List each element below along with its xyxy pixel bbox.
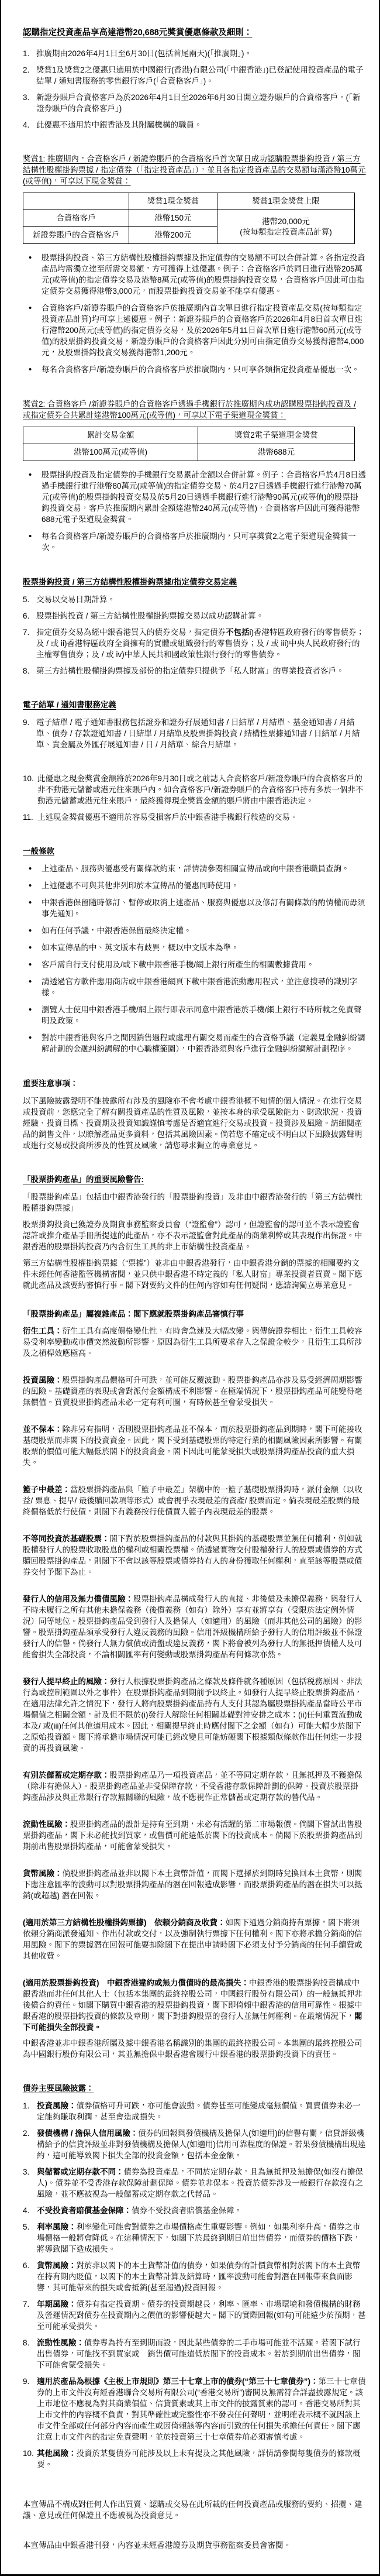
amount-header-cell: 累計交易金額 (23, 427, 198, 444)
term-number: 8. (23, 665, 36, 676)
reward1-bullet-list: 股票掛鈎投資、第三方結構性股權掛鈎票據及指定債券的交易額不可以合併計算。各指定投… (23, 252, 366, 375)
bullet-icon (29, 303, 42, 358)
bullet-text: 股票掛鈎投資、第三方結構性股權掛鈎票據及指定債券的交易額不可以合併計算。各指定投… (42, 252, 366, 297)
terms-document-page: 認購指定投資產品享高達港幣20,688元獎賞優惠條款及細則： 1. 推廣期由20… (0, 0, 380, 2576)
term-number: 11. (23, 812, 37, 823)
page-title: 認購指定投資產品享高達港幣20,688元獎賞優惠條款及細則： (23, 27, 366, 39)
risk-lead: 流動性風險： (37, 2338, 84, 2347)
term-item-8: 8. 第三方結構性股權掛鈎票據及部份的指定債券只提供予「私人財富」的專業投資者客… (23, 665, 366, 676)
bullet-icon (29, 959, 42, 970)
bond-risk-item-7: 7. 年期風險：債券有指定投資期。債券的投資期越長，利率、匯率、市場環境和發債機… (23, 2299, 366, 2332)
list-item: 每名合資格客戶/新證券賬戶的合資格客戶於推廣期內，只可享獎賞2之電子渠道現金獎賞… (29, 531, 366, 553)
bond-risk-item-10: 10. 其他風險：投資於某隻債券可能涉及以上未有提及之其他風險，詳情請參閱每隻債… (23, 2448, 366, 2470)
risk-body: 債券價格可升可跌，亦可能會波動。債券甚至可能變成毫無價值。買賣債券未必一定能夠賺… (37, 2101, 361, 2121)
general-terms-heading: 一般條款 (23, 846, 366, 857)
term-number: 1. (23, 48, 36, 59)
term-number: 2. (23, 64, 36, 87)
term-text: 適用於產品為根據《主板上市規則》第三十七章上市的債券(“第三十七章債券”)：第三… (37, 2376, 366, 2443)
term-number: 5. (23, 594, 36, 605)
reward1-cash-header-cell: 獎賞1現金獎賞 (129, 193, 217, 210)
bullet-icon (29, 925, 42, 936)
bullet-icon (29, 942, 42, 953)
risk-body: 第三十七章債券的上市文件沒有經香港聯合交易所有限公司(“香港交易所”)審閱及無需… (37, 2377, 366, 2441)
term-text: 其他風險：投資於某隻債券可能涉及以上未有提及之其他風險，詳情請參閱每隻債券的條款… (37, 2448, 366, 2470)
list-item: 上述優惠不可與其他非列印於本宣傳品的優惠同時使用。 (29, 880, 366, 891)
amount-cell: 港幣100萬元(或等值) (23, 444, 198, 461)
term-text: 第三方結構性股權掛鈎票據及部份的指定債券只提供予「私人財富」的專業投資者客戶。 (36, 665, 366, 676)
elp-risk-warning-heading: 「股票掛鈎產品」的重要風險警告: (23, 1174, 366, 1185)
reward2-table: 累計交易金額 獎賞2電子渠道現金獎賞 港幣100萬元(或等值) 港幣688元 (23, 427, 355, 461)
bullet-text: 中銀香港保留隨時修訂、暫停或取消上述產品、服務與優惠以及修訂有關條款的酌情權而毋… (42, 897, 366, 919)
risk-lead: 其他風險： (37, 2449, 77, 2458)
disclaimer-issuer: 本宣傳品由中銀香港刊發，內容並未經香港證券及期貨事務監察委員會審閱。 (23, 2540, 366, 2551)
term-text: 貨幣風險：對於非以閣下的本土貨幣計值的債券，如果債券的計價貨幣相對於閣下的本土貨… (37, 2260, 366, 2293)
risk-liquidity: 流動性風險：股票掛鈎產品的設計是持有至到期，未必有活躍的第二市場報價。倘閣下嘗試… (23, 1819, 366, 1852)
term-text: 推廣期由2026年4月1日至6月30日(包括首尾兩天)(「推廣期」)。 (36, 48, 366, 59)
term-item-10: 10. 此優惠之現金獎賞金額將於2026年9月30日或之前誌入合資格客戶/新證券… (23, 773, 366, 806)
risk-body: 股票掛鈎產品構成發行人的直接、非後償及未擔保義務，與發行人不時未履行之所有其他未… (23, 1595, 362, 1659)
document-content: 認購指定投資產品享高達港幣20,688元獎賞優惠條款及細則： 1. 推廣期由20… (1, 0, 379, 2574)
risk-investment: 投資風險：股票掛鈎產品價格可升可跌，並可能反覆波動。股票掛鈎產品亦涉及易受經濟周… (23, 1375, 366, 1408)
bullet-icon (29, 1032, 42, 1055)
risk-lead: 發行人的信用及無力償債風險： (23, 1595, 133, 1603)
term-text: 獎賞1及獎賞2之優惠只適用於中國銀行(香港)有限公司(「中銀香港」)已登記使用投… (36, 64, 366, 87)
risk-lead: 年期風險： (37, 2300, 77, 2309)
risk-max-loss: (適用於股票掛鈎投資) 中銀香港違約或無力償債時的最高損失：中銀香港的股票掛鈎投… (23, 1977, 366, 2033)
term-text: 流動性風險：債券專為持有至到期而設，因此某些債券的二手市場可能並不活躍。若閣下試… (37, 2337, 366, 2371)
risk-lead: 並不保本： (23, 1425, 63, 1434)
elp-paragraph-2: 股票掛鈎投資已獲證券及期貨事務監察委員會（“證監會”）認可，但證監會的認可並不表… (23, 1219, 366, 1252)
disclaimer-no-offer: 本宣傳品不構成對任何人作出買賣、認購或交易在此所載的任何投資產品或服務的要約、招… (23, 2499, 366, 2521)
term-number: 10. (23, 773, 37, 806)
risk-body: 發行人根據股票掛鈎產品之條款及條件就各種原因（包括税務原因、非法行為或控制範圍以… (23, 1677, 362, 1753)
term-text: 發債機構 / 擔保人信用風險：債券的回報與發債機構及擔保人(如適用)的信譽有關，… (37, 2128, 366, 2161)
reward1-heading: 獎賞1: 推廣期內，合資格客戶 / 新證券賬戶的合資格客戶首次單日成功認購股票掛… (23, 153, 366, 187)
risk-lead: (適用於股票掛鈎投資) 中銀香港違約或無力償債時的最高損失： (23, 1979, 249, 1987)
bullet-icon (29, 531, 42, 553)
list-item: 合資格客戶/新證券賬戶的合資格客戶於推廣期內首次單日進行指定投資產品交易(按每類… (29, 303, 366, 358)
bullet-icon (29, 469, 42, 525)
term-text: 此優惠之現金獎賞金額將於2026年9月30日或之前誌入合資格客戶/新證券賬戶的合… (37, 773, 366, 806)
bond-risk-list: 1. 投資風險：債券價格可升可跌，亦可能會波動。債券甚至可能變成毫無價值。買賣債… (23, 2100, 366, 2470)
bullet-text: 客戶需自行支付使用及/或下載中銀香港手機/網上銀行所產生的相關數據費用。 (42, 959, 366, 970)
term-item-11: 11. 上述現金獎賞優惠不適用於容易受損客戶於中銀香港手機銀行敍造的交易。 (23, 812, 366, 823)
risk-body: 債券專為持有至到期而設，因此某些債券的二手市場可能並不活躍。若閣下試行出售債券，… (37, 2338, 361, 2369)
risk-currency: 貨幣風險：倘股票掛鈎產品並非以閣下本土貨幣計值，而閣下選擇於到期時兌換回本土貨幣… (23, 1868, 366, 1901)
eli-holding-company-note: 中銀香港並非中銀香港所屬及據中銀香港名稱識別的集團的最終控股公司。本集團的最終控… (23, 2038, 366, 2060)
term-text: 此優惠不適用於中銀香港及其附屬機構的職員。 (36, 119, 366, 130)
reward2-data-row: 港幣100萬元(或等值) 港幣688元 (23, 444, 355, 461)
list-item: 股票掛鈎投資、第三方結構性股權掛鈎票據及指定債券的交易額不可以合併計算。各指定投… (29, 252, 366, 297)
bullet-text: 每名合資格客戶/新證券賬戶的合資格客戶於推廣期內，只可享各類指定投資產品優惠一次… (42, 364, 366, 375)
risk-early-termination: 發行人提早終止的風險：發行人根據股票掛鈎產品之條款及條件就各種原因（包括税務原因… (23, 1676, 366, 1754)
risk-lead: 投資風險： (23, 1376, 63, 1385)
term-text: 交易以交易日期計算。 (36, 594, 366, 605)
term-text: 上述現金獎賞優惠不適用於容易受損客戶於中銀香港手機銀行敍造的交易。 (37, 812, 366, 823)
list-item: 上述產品、服務與優惠受有關條款約束，詳情請參閱相關宣傳品或向中銀香港職員查詢。 (29, 863, 366, 874)
term-number: 9. (23, 2376, 37, 2443)
term-text: 股票掛鈎投資 / 第三方結構性股權掛鈎票據交易以成功認購計算。 (36, 610, 366, 621)
risk-lead: 適用於產品為根據《主板上市規則》第三十七章上市的債券(“第三十七章債券”)： (37, 2377, 319, 2386)
term-item-5: 5. 交易以交易日期計算。 (23, 594, 366, 605)
term-item-9: 9. 電子結單 / 電子通知書服務包括證券和證券孖展通知書 / 日結單 / 月結… (23, 717, 366, 750)
risk-not-time-deposit: 有別於儲蓄或定期存款：股票掛鈎產品乃一項投資產品，並不等同定期存款，且無抵押及不… (23, 1770, 366, 1803)
bullet-icon (29, 880, 42, 891)
term-text: 電子結單 / 電子通知書服務包括證券和證券孖展通知書 / 日結單 / 月結單、基… (36, 717, 366, 750)
product-definition-heading: 股票掛鈎投資 / 第三方結構性股權掛鈎票據/指定債券交易定義 (23, 576, 366, 588)
risk-not-same-as-underlying: 不等同投資於基礎股票：閣下對於股票掛鈎產品的付款與其掛鈎的基礎股票並無任何權利，… (23, 1533, 366, 1578)
term-text-bold: 不包括 (226, 628, 250, 637)
risk-lead: 發債機構 / 擔保人信用風險： (37, 2129, 138, 2138)
risk-distributor-reliance: (適用於第三方結構性股權掛鈎票據) 依賴分銷商及收費：如閣下通過分銷商持有票據，… (23, 1917, 366, 1962)
bullet-text: 如有任何爭議，中銀香港保留最終決定權。 (42, 925, 366, 936)
intro-terms-list: 1. 推廣期由2026年4月1日至6月30日(包括首尾兩天)(「推廣期」)。 2… (23, 48, 366, 130)
risk-body: 倘股票掛鈎產品並非以閣下本土貨幣計值，而閣下選擇於到期時兌換回本土貨幣，則閣下應… (23, 1869, 362, 1900)
risk-body: 股票掛鈎產品的設計是持有至到期，未必有活躍的第二市場報價。倘閣下嘗試出售股票掛鈎… (23, 1820, 362, 1851)
term-number: 3. (23, 2166, 37, 2200)
risk-body: 除非另有指明，否則股票掛鈎產品並不保本，而於股票掛鈎產品到期時，閣下可能接收基礎… (23, 1425, 362, 1467)
bullet-text: 合資格客戶/新證券賬戶的合資格客戶於推廣期內首次單日進行指定投資產品交易(按每類… (42, 303, 366, 358)
term-text: 指定債券交易為經中銀香港買入的債券交易，指定債券不包括i)香港特區政府發行的零售… (36, 627, 366, 660)
bond-risk-item-4: 4. 不受投資者賠償基金保障：債券不受投資者賠償基金保障。 (23, 2205, 366, 2216)
bullet-icon (29, 897, 42, 919)
bond-risk-item-3: 3. 與儲蓄或定期存款不同：債券為投資產品，不同於定期存款，且為無抵押及無擔保(… (23, 2166, 366, 2200)
term-number: 10. (23, 2448, 37, 2470)
cash-reward-cell: 港幣150元 (129, 210, 217, 227)
risk-body: 利率變化可能會對債券之市場價格產生重要影響。例如，如果利率升高，債券之市場價格一… (37, 2223, 361, 2254)
term-text: 與儲蓄或定期存款不同：債券為投資產品，不同於定期存款，且為無抵押及無擔保(如沒有… (37, 2166, 366, 2200)
term-text: 利率風險：利率變化可能會對債券之市場價格產生重要影響。例如，如果利率升高，債券之… (37, 2221, 366, 2255)
term-number: 4. (23, 119, 36, 130)
risk-lead: 流動性風險： (23, 1820, 70, 1829)
reward1-cap-header-cell: 獎賞1現金獎賞上限 (217, 193, 355, 210)
general-terms-list: 上述產品、服務與優惠受有關條款約束，詳情請參閱相關宣傳品或向中銀香港職員查詢。 … (23, 863, 366, 1055)
term-text: 投資風險：債券價格可升可跌，亦可能會波動。債券甚至可能變成毫無價值。買賣債券未必… (37, 2100, 366, 2122)
risk-lead: 籃子中最差： (23, 1485, 70, 1494)
term-item-6: 6. 股票掛鈎投資 / 第三方結構性股權掛鈎票據交易以成功認購計算。 (23, 610, 366, 621)
reward2-table-header-row: 累計交易金額 獎賞2電子渠道現金獎賞 (23, 427, 355, 444)
risk-lead: 貨幣風險： (23, 1869, 63, 1878)
term-number: 8. (23, 2337, 37, 2371)
risk-worst-of-basket: 籃子中最差：當股票掛鈎產品與「籃子中最差」架構中的一籃子基礎股票掛鈎時，派付金額… (23, 1484, 366, 1517)
risk-lead: 利率風險： (37, 2223, 77, 2231)
term-number: 4. (23, 2205, 37, 2216)
risk-lead: 投資風險： (37, 2101, 77, 2110)
bond-risk-item-8: 8. 流動性風險：債券專為持有至到期而設，因此某些債券的二手市場可能並不活躍。若… (23, 2337, 366, 2371)
term-number: 7. (23, 627, 36, 660)
important-notes-heading: 重要注意事項： (23, 1078, 366, 1089)
customer-type-cell: 新證券賬戶的合資格客戶 (23, 227, 129, 244)
risk-body: 對於非以閣下的本土貨幣計值的債券，如果債券的計價貨幣相對於閣下的本土貨幣在持有期… (37, 2261, 361, 2292)
risk-lead: 不等同投資於基礎股票： (23, 1534, 110, 1543)
ereward-cell: 港幣688元 (198, 444, 355, 461)
risk-body: 當股票掛鈎產品與「籃子中最差」架構中的一籃子基礎股票掛鈎時，派付金額（以收益/ … (23, 1485, 362, 1516)
term-number: 5. (23, 2221, 37, 2255)
risk-lead: 不受投資者賠償基金保障： (37, 2206, 132, 2215)
term-item-3: 3. 新證券賬戶合資格客戶為於2026年4月1日至2026年6月30日開立證券賬… (23, 92, 366, 114)
list-item: 每名合資格客戶/新證券賬戶的合資格客戶於推廣期內，只可享各類指定投資產品優惠一次… (29, 364, 366, 375)
customer-type-cell: 合資格客戶 (23, 210, 129, 227)
term-item-7: 7. 指定債券交易為經中銀香港買入的債券交易，指定債券不包括i)香港特區政府發行… (23, 627, 366, 660)
term-text: 年期風險：債券有指定投資期。債券的投資期越長，利率、匯率、市場環境和發債機構的財… (37, 2299, 366, 2332)
risk-lead: 發行人提早終止的風險： (23, 1677, 110, 1686)
bond-risk-item-5: 5. 利率風險：利率變化可能會對債券之市場價格產生重要影響。例如，如果利率升高，… (23, 2221, 366, 2255)
list-item: 股票掛鈎投資及指定債券的手機銀行交易累計金額以合併計算。例子：合資格客戶於4月8… (29, 469, 366, 525)
term-text: 不受投資者賠償基金保障：債券不受投資者賠償基金保障。 (37, 2205, 366, 2216)
bond-risk-item-1: 1. 投資風險：債券價格可升可跌，亦可能會波動。債券甚至可能變成毫無價值。買賣債… (23, 2100, 366, 2122)
estatement-definition-heading: 電子結單 / 通知書服務定義 (23, 699, 366, 710)
cash-reward-cell: 港幣200元 (129, 227, 217, 244)
risk-lead: (適用於第三方結構性股權掛鈎票據) 依賴分銷商及收費： (23, 1918, 226, 1927)
term-number: 6. (23, 610, 36, 621)
bond-risk-item-9: 9. 適用於產品為根據《主板上市規則》第三十七章上市的債券(“第三十七章債券”)… (23, 2376, 366, 2443)
elp-paragraph-3: 第三方結構性股權掛鈎票據（“票據”）並非由中銀香港發行，由中銀香港分銷的票據的相… (23, 1258, 366, 1291)
risk-lead: 衍生工具： (23, 1327, 63, 1335)
bullet-text: 股票掛鈎投資及指定債券的手機銀行交易累計金額以合併計算。例子：合資格客戶於4月8… (42, 469, 366, 525)
bullet-text: 瀏覽人士使用中銀香港手機/網上銀行即表示同意中銀香港於手機/網上銀行不時所載之免… (42, 1004, 366, 1026)
bullet-icon (29, 1004, 42, 1026)
term-number: 9. (23, 717, 36, 750)
risk-lead: 與儲蓄或定期存款不同： (37, 2168, 124, 2176)
bond-risk-item-6: 6. 貨幣風險：對於非以閣下的本土貨幣計值的債券，如果債券的計價貨幣相對於閣下的… (23, 2260, 366, 2293)
list-item: 瀏覽人士使用中銀香港手機/網上銀行即表示同意中銀香港於手機/網上銀行不時所載之免… (29, 1004, 366, 1026)
bullet-text: 如本宣傳品的中、英文版本有歧異，概以中文版本為準。 (42, 942, 366, 953)
reward2-bullet-list: 股票掛鈎投資及指定債券的手機銀行交易累計金額以合併計算。例子：合資格客戶於4月8… (23, 469, 366, 553)
bullet-text: 請透過官方軟件應用商店或中銀香港網頁下載中銀香港流動應用程式，並注意搜尋的識別字… (42, 976, 366, 998)
term-text: 新證券賬戶合資格客戶為於2026年4月1日至2026年6月30日開立證券賬戶的合… (36, 92, 366, 114)
ereward-header-cell: 獎賞2電子渠道現金獎賞 (198, 427, 355, 444)
list-item: 請透過官方軟件應用商店或中銀香港網頁下載中銀香港流動應用程式，並注意搜尋的識別字… (29, 976, 366, 998)
term-item-2: 2. 獎賞1及獎賞2之優惠只適用於中國銀行(香港)有限公司(「中銀香港」)已登記… (23, 64, 366, 87)
risk-body: 股票掛鈎產品價格可升可跌，並可能反覆波動。股票掛鈎產品亦涉及易受經濟周期影響的風… (23, 1376, 362, 1407)
bond-risk-heading: 債券主要風險披露： (23, 2083, 366, 2094)
elp-paragraph-1: 「股票掛鈎產品」包括由中銀香港發行的「股票掛鈎投資」及非由中銀香港發行的「第三方… (23, 1191, 366, 1214)
bond-risk-item-2: 2. 發債機構 / 擔保人信用風險：債券的回報與發債機構及擔保人(如適用)的信譽… (23, 2128, 366, 2161)
risk-lead: 有別於儲蓄或定期存款： (23, 1771, 110, 1780)
complex-product-note: 「股票掛鈎產品」屬複雜產品：閣下應就股票掛鈎產品審慎行事 (23, 1308, 366, 1320)
bullet-text: 上述優惠不可與其他非列印於本宣傳品的優惠同時使用。 (42, 880, 366, 891)
risk-not-principal-protected: 並不保本：除非另有指明，否則股票掛鈎產品並不保本，而於股票掛鈎產品到期時，閣下可… (23, 1424, 366, 1468)
term-number: 7. (23, 2299, 37, 2332)
risk-body: 債券有指定投資期。債券的投資期越長，利率、匯率、市場環境和發債機構的財務及營運情… (37, 2300, 366, 2331)
list-item: 如本宣傳品的中、英文版本有歧異，概以中文版本為準。 (29, 942, 366, 953)
bullet-icon (29, 252, 42, 297)
reward1-row-eligible: 合資格客戶 港幣150元 港幣20,000元 (按每類指定投資產品計算) (23, 210, 355, 227)
risk-derivatives: 衍生工具：衍生工具有高度價格變化性，有時會急速及大幅改變。與傳統證券相比，衍生工… (23, 1325, 366, 1359)
reward1-table-header-row: 獎賞1現金獎賞 獎賞1現金獎賞上限 (23, 193, 355, 210)
bullet-text: 每名合資格客戶/新證券賬戶的合資格客戶於推廣期內，只可享獎賞2之電子渠道現金獎賞… (42, 531, 366, 553)
term-number: 1. (23, 2100, 37, 2122)
term-number: 6. (23, 2260, 37, 2293)
term-item-1: 1. 推廣期由2026年4月1日至6月30日(包括首尾兩天)(「推廣期」)。 (23, 48, 366, 59)
list-item: 如有任何爭議，中銀香港保留最終決定權。 (29, 925, 366, 936)
bullet-icon (29, 863, 42, 874)
risk-lead: 貨幣風險： (37, 2261, 77, 2270)
risk-issuer-credit: 發行人的信用及無力償債風險：股票掛鈎產品構成發行人的直接、非後償及未擔保義務，與… (23, 1593, 366, 1660)
bullet-icon (29, 976, 42, 998)
bullet-text: 對於中銀香港與客戶之間因銷售過程或處理有關交易而產生的合資格爭議（定義見金融糾紛… (42, 1032, 366, 1055)
bullet-icon (29, 364, 42, 375)
bullet-text: 上述產品、服務與優惠受有關條款約束，詳情請參閱相關宣傳品或向中銀香港職員查詢。 (42, 863, 366, 874)
term-item-4: 4. 此優惠不適用於中銀香港及其附屬機構的職員。 (23, 119, 366, 130)
term-text-pre: 指定債券交易為經中銀香港買入的債券交易，指定債券 (36, 628, 226, 637)
reward1-table: 獎賞1現金獎賞 獎賞1現金獎賞上限 合資格客戶 港幣150元 港幣20,000元… (23, 193, 355, 244)
reward1-blank-header-cell (23, 193, 129, 210)
reward-cap-cell: 港幣20,000元 (按每類指定投資產品計算) (217, 210, 355, 244)
important-notes-body: 以下風險披露聲明不能披露所有涉及的風險亦不會考慮中銀香港概不知情的個人情況。在進… (23, 1095, 366, 1151)
list-item: 客戶需自行支付使用及/或下載中銀香港手機/網上銀行所產生的相關數據費用。 (29, 959, 366, 970)
term-number: 2. (23, 2128, 37, 2161)
list-item: 中銀香港保留隨時修訂、暫停或取消上述產品、服務與優惠以及修訂有關條款的酌情權而毋… (29, 897, 366, 919)
term-number: 3. (23, 92, 36, 114)
risk-body: 衍生工具有高度價格變化性，有時會急速及大幅改變。與傳統證券相比，衍生工具較容易受… (23, 1327, 362, 1358)
reward2-heading: 獎賞2: 合資格客戶 /新證券賬戶的合資格客戶透過手機銀行於推廣期內成功認購股票… (23, 399, 366, 421)
risk-body: 債券不受投資者賠償基金保障。 (132, 2206, 242, 2215)
list-item: 對於中銀香港與客戶之間因銷售過程或處理有關交易而產生的合資格爭議（定義見金融糾紛… (29, 1032, 366, 1055)
risk-body: 投資於某隻債券可能涉及以上未有提及之其他風險，詳情請參閱每隻債券的條款概要。 (37, 2449, 361, 2469)
